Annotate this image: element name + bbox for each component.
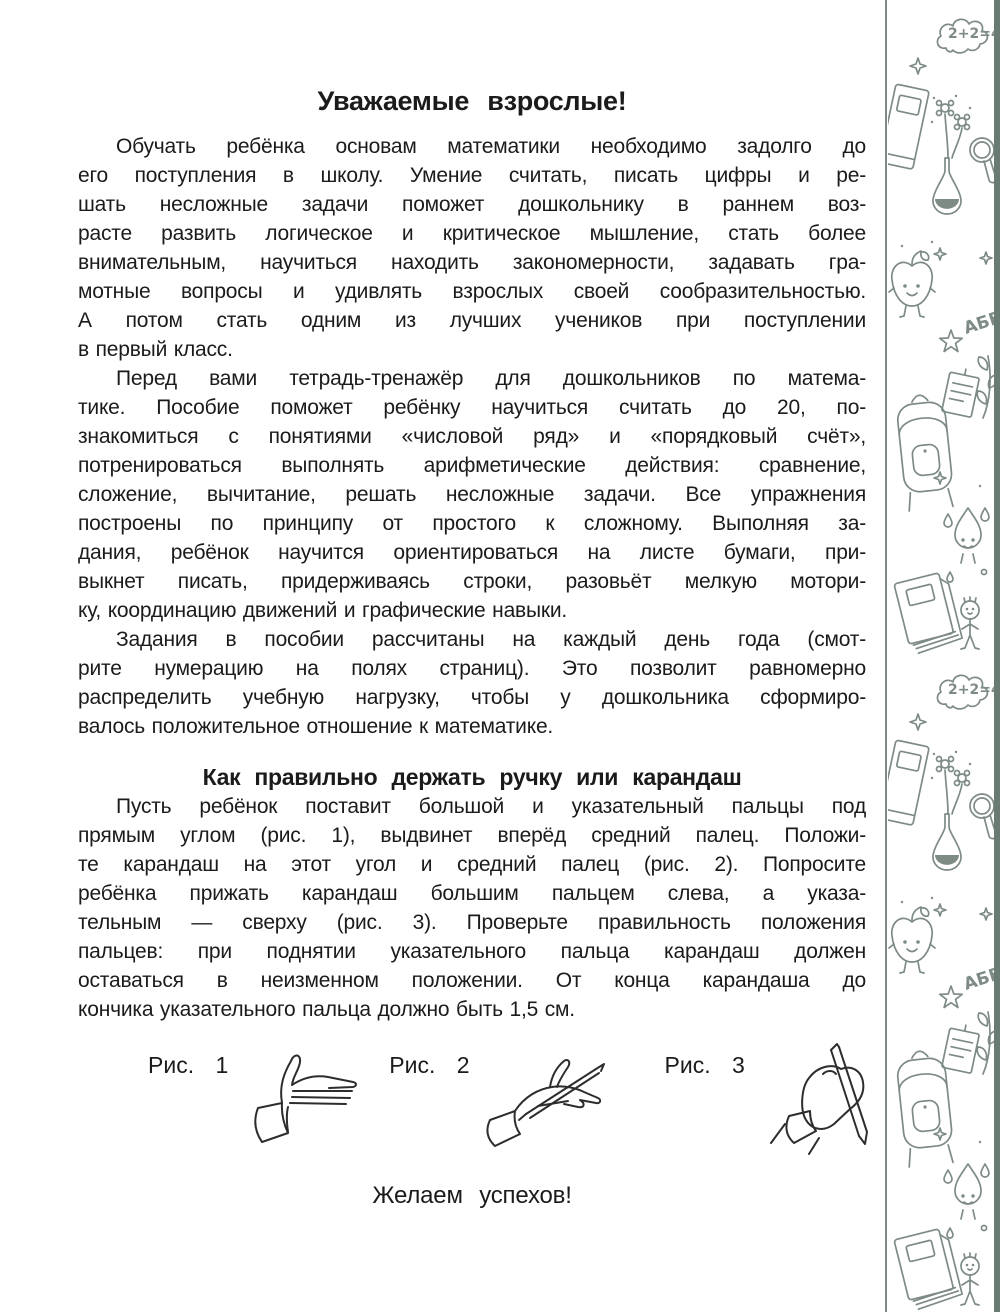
text-line: в первый класс. [78,335,866,364]
howto-paragraph: Пусть ребёнок поставит большой и указате… [78,792,866,1024]
text-line: Обучать ребёнка основам математики необх… [78,132,866,161]
intro-paragraph-3: Задания в пособии рассчитаны на каждый д… [78,625,866,741]
text-line: валось положительное отношение к математ… [78,712,866,741]
text-line: ку, координацию движений и графические н… [78,596,866,625]
text-line: шать несложные задачи поможет дошкольник… [78,190,866,219]
book-page: Уважаемые взрослые! Обучать ребёнка осно… [0,0,1000,1312]
text-line: оставаться в неизменном положении. От ко… [78,966,866,995]
intro-paragraph-2: Перед вами тетрадь-тренажёр для дошкольн… [78,364,866,625]
figure-2: Рис. 2 [389,1040,611,1152]
hand-pencil-rest-fig2-icon [478,1040,612,1152]
text-line: Задания в пособии рассчитаны на каждый д… [78,625,866,654]
intro-paragraph-1: Обучать ребёнка основам математики необх… [78,132,866,364]
figure-3: Рис. 3 [665,1040,885,1158]
text-line: тике. Пособие поможет ребёнку научиться … [78,393,866,422]
figure-2-label: Рис. 2 [389,1052,469,1079]
text-line: Пусть ребёнок поставит большой и указате… [78,792,866,821]
doodle-pattern: 2+2=4 [888,0,995,1312]
text-line: потренироваться выполнять арифметические… [78,451,866,480]
figure-1-label: Рис. 1 [148,1052,228,1079]
text-line: Перед вами тетрадь-тренажёр для дошкольн… [78,364,866,393]
hand-open-fig1-icon [236,1040,362,1152]
text-line: кончика указательного пальца должно быть… [78,995,866,1024]
figure-1: Рис. 1 [148,1040,362,1152]
text-line: А потом стать одним из лучших учеников п… [78,306,866,335]
text-line: мотные вопросы и удивлять взрослых своей… [78,277,866,306]
text-line: пальцев: при поднятии указательного паль… [78,937,866,966]
closing-text: Желаем успехов! [78,1182,866,1210]
figures-row: Рис. 1 Рис. 2 [148,1040,866,1160]
text-line: прямым углом (рис. 1), выдвинет вперёд с… [78,821,866,850]
text-line: рите нумерацию на полях страниц). Это по… [78,654,866,683]
doodle-border-bar [994,0,1000,1312]
text-line: тельным — сверху (рис. 3). Проверьте пра… [78,908,866,937]
doodle-border: 2+2=4 [885,0,1000,1312]
page-title: Уважаемые взрослые! [78,86,866,116]
text-line: ребёнка прижать карандаш большим пальцем… [78,879,866,908]
text-line: те карандаш на этот угол и средний палец… [78,850,866,879]
text-line: дания, ребёнок научится ориентироваться … [78,538,866,567]
text-line: внимательным, научиться находить законом… [78,248,866,277]
text-line: его поступления в школу. Умение считать,… [78,161,866,190]
text-line: распределить учебную нагрузку, чтобы у д… [78,683,866,712]
text-line: построены по принципу от простого к слож… [78,509,866,538]
text-line: выкнет писать, придерживаясь строки, раз… [78,567,866,596]
page-content: Уважаемые взрослые! Обучать ребёнка осно… [78,0,866,1210]
text-line: знакомиться с понятиями «числовой ряд» и… [78,422,866,451]
text-line: сложение, вычитание, решать несложные за… [78,480,866,509]
figure-3-label: Рис. 3 [665,1052,745,1079]
hand-pencil-grip-fig3-icon [753,1040,885,1158]
text-line: расте развить логическое и критическое м… [78,219,866,248]
subheading: Как правильно держать ручку или карандаш [78,763,866,792]
